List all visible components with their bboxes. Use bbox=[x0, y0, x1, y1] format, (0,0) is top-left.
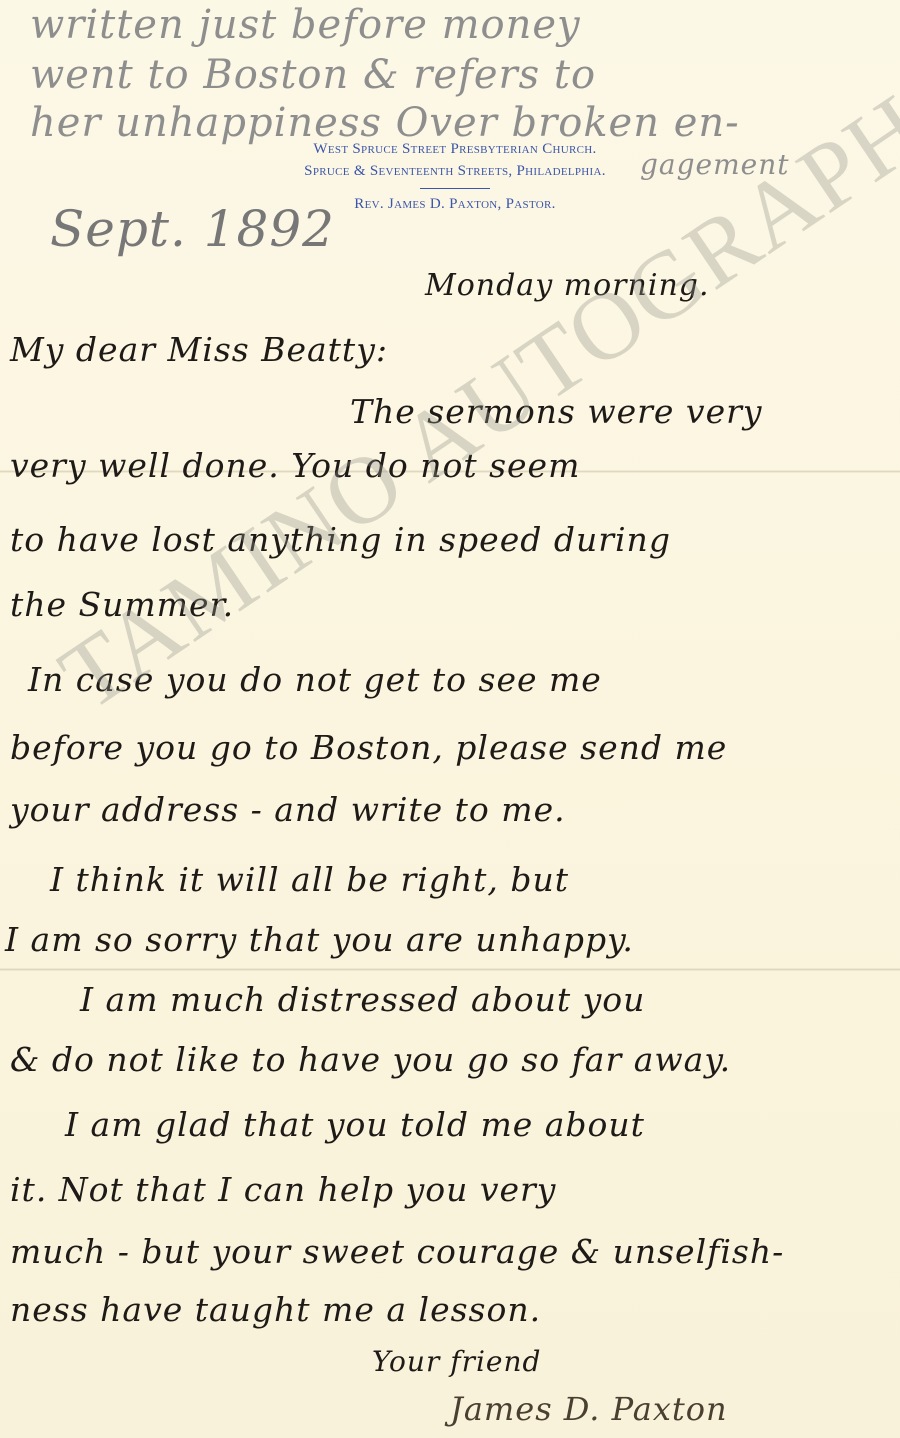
letter-line: ness have taught me a lesson. bbox=[10, 1290, 541, 1329]
pencil-note-line-4: gagement bbox=[640, 148, 790, 181]
letter-line: much - but your sweet courage & unselfis… bbox=[10, 1232, 784, 1271]
letter-line: your address - and write to me. bbox=[10, 790, 566, 829]
letter-line: to have lost anything in speed during bbox=[10, 520, 671, 559]
letter-line: I am so sorry that you are unhappy. bbox=[5, 920, 634, 959]
letterhead: West Spruce Street Presbyterian Church. … bbox=[250, 138, 660, 214]
letter-line: The sermons were very bbox=[350, 392, 763, 431]
pencil-note-line-2: went to Boston & refers to bbox=[30, 52, 596, 98]
letter-line: I am glad that you told me about bbox=[65, 1105, 645, 1144]
letter-salutation: My dear Miss Beatty: bbox=[10, 330, 388, 369]
letter-dateline: Monday morning. bbox=[425, 268, 710, 303]
fold-line-lower bbox=[0, 968, 900, 971]
letterhead-address: Spruce & Seventeenth Streets, Philadelph… bbox=[250, 160, 660, 182]
letter-line: the Summer. bbox=[10, 585, 234, 624]
letterhead-pastor: Rev. James D. Paxton, Pastor. bbox=[250, 194, 660, 214]
letter-signature: James D. Paxton bbox=[450, 1390, 728, 1428]
letter-line: it. Not that I can help you very bbox=[10, 1170, 556, 1209]
letterhead-church: West Spruce Street Presbyterian Church. bbox=[250, 138, 660, 160]
letter-line: I think it will all be right, but bbox=[50, 860, 569, 899]
letterhead-divider bbox=[420, 188, 490, 189]
pencil-note-line-1: written just before money bbox=[30, 2, 581, 48]
letter-line: very well done. You do not seem bbox=[10, 446, 580, 485]
letter-closing: Your friend bbox=[372, 1345, 541, 1378]
letter-line: I am much distressed about you bbox=[80, 980, 645, 1019]
letter-line: In case you do not get to see me bbox=[28, 660, 602, 699]
letter-line: before you go to Boston, please send me bbox=[10, 728, 727, 767]
letter-line: & do not like to have you go so far away… bbox=[10, 1040, 731, 1079]
